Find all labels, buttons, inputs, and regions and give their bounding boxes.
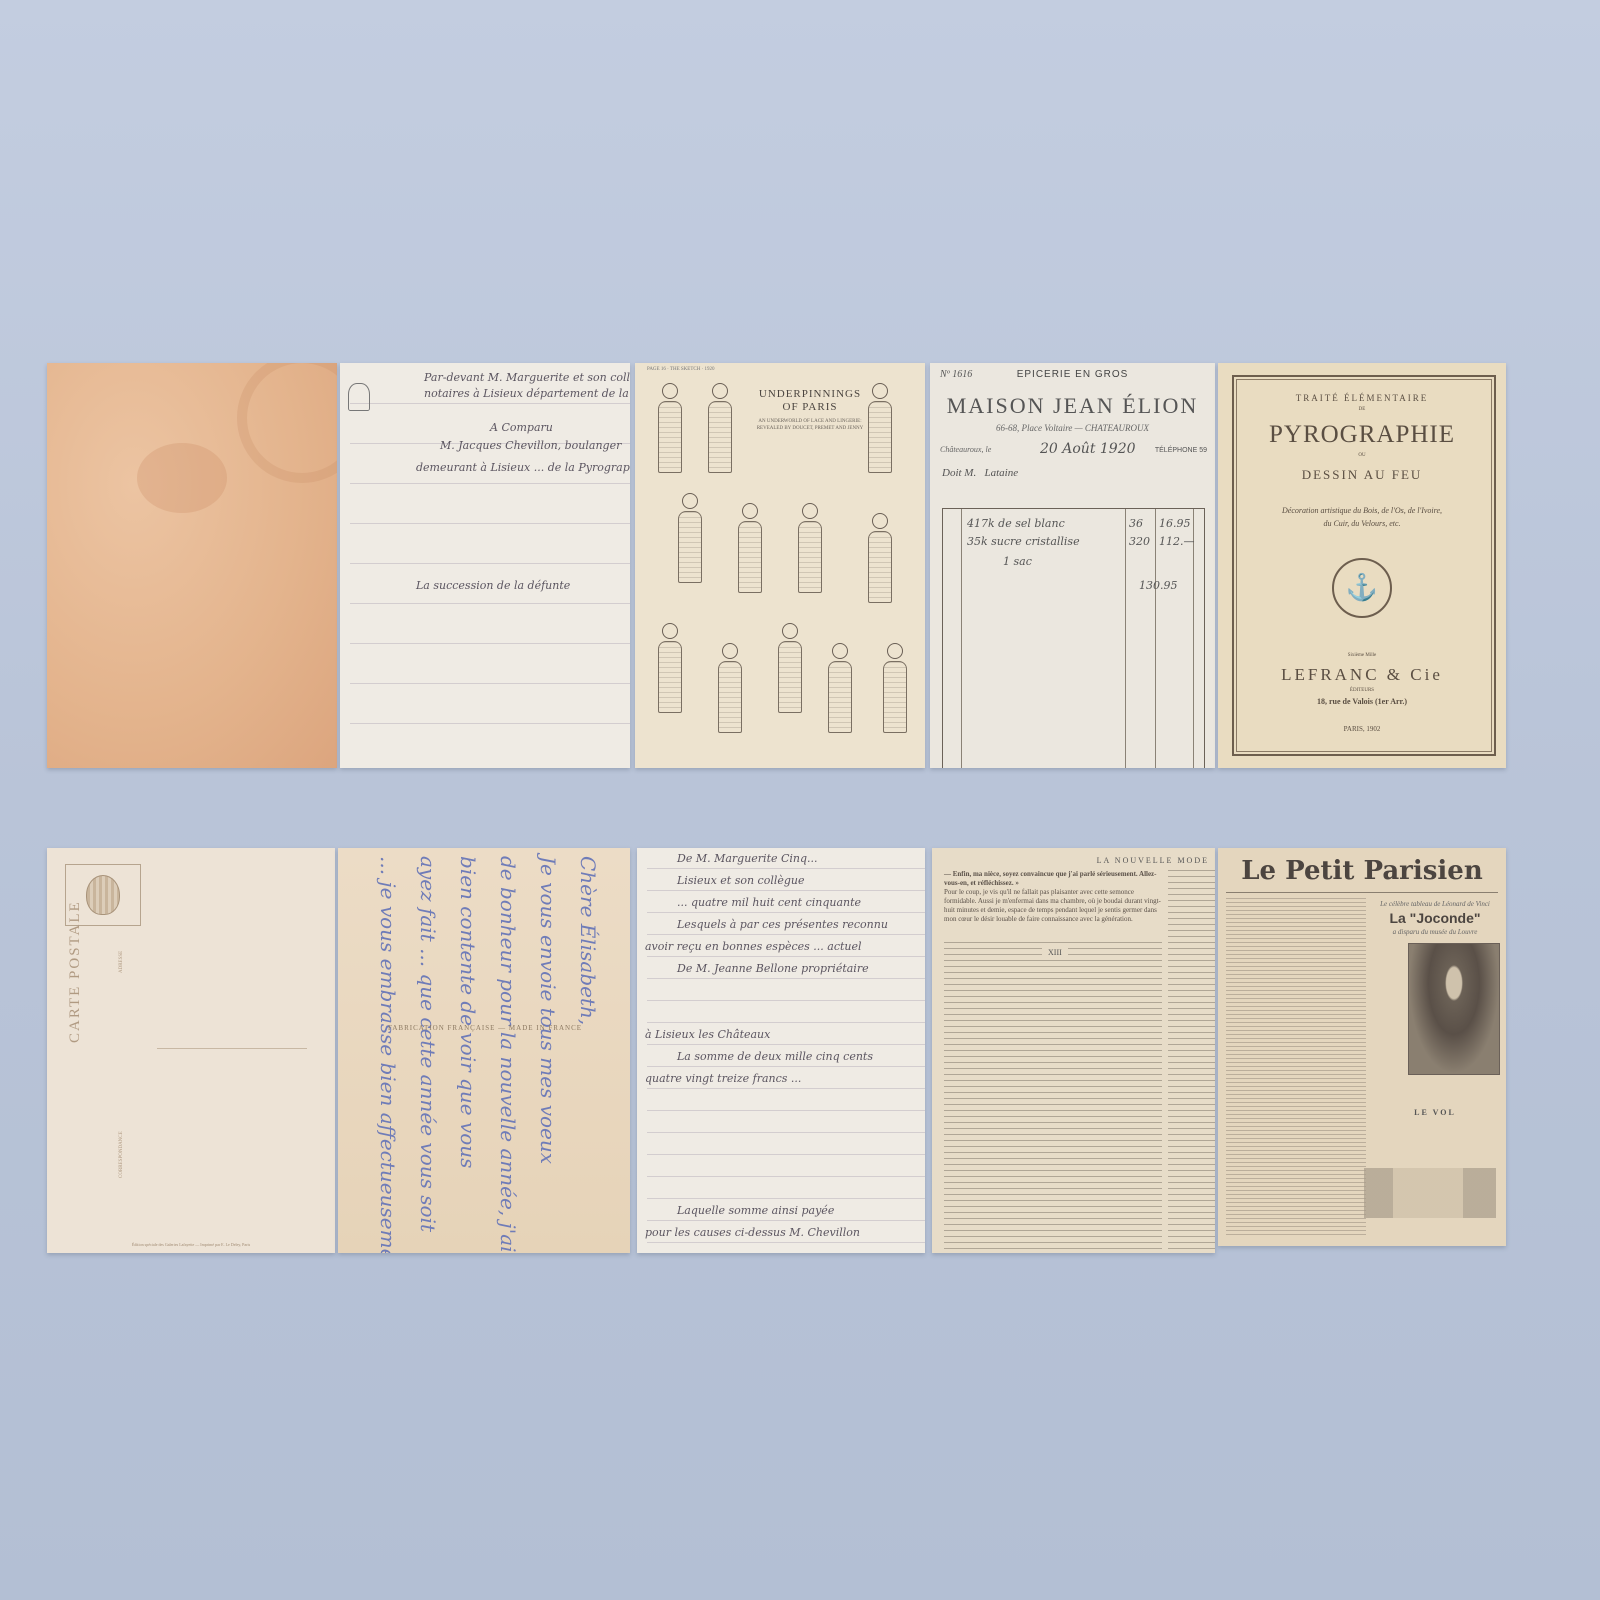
handwritten-deed-card: De M. Marguerite Cinq... Lisieux et son … xyxy=(637,848,925,1253)
anchor-emblem-icon: ⚓ xyxy=(1332,558,1392,618)
notary-seal-icon xyxy=(348,383,370,411)
fashion-figure xyxy=(705,383,735,473)
fashion-illustration-card: PAGE 16 · THE SKETCH · 1920 UNDERPINNING… xyxy=(635,363,925,768)
faded-postmark xyxy=(137,443,227,513)
novel-page-card: LA NOUVELLE MODE — Enfin, ma nièce, soye… xyxy=(932,848,1215,1253)
postcard-back-card: CARTE POSTALE ADRESSE CORRESPONDANCE Édi… xyxy=(47,848,335,1253)
fashion-figure xyxy=(735,503,765,593)
fashion-figure xyxy=(715,643,745,733)
hot-air-balloon-icon xyxy=(86,875,120,915)
fashion-title: UNDERPINNINGSOF PARIS xyxy=(755,388,865,414)
fashion-figure xyxy=(865,513,895,603)
fashion-figure xyxy=(865,383,895,473)
pyrographie-title-card: TRAITÉ ÉLÉMENTAIRE DE PYROGRAPHIE OU DES… xyxy=(1218,363,1506,768)
fashion-figure xyxy=(880,643,910,733)
stained-peach-card xyxy=(47,363,337,768)
newspaper-card: Le Petit Parisien Le célèbre tableau de … xyxy=(1218,848,1506,1246)
text-column xyxy=(1168,870,1215,1249)
fashion-figure xyxy=(675,493,705,583)
blue-ink-letter-card: Chère Élisabeth, Je vous envoie tous mes… xyxy=(338,848,630,1253)
news-photo-strip xyxy=(1364,1168,1496,1218)
business-name: MAISON JEAN ÉLION xyxy=(930,393,1215,419)
mona-lisa-portrait xyxy=(1408,943,1500,1075)
publisher-name: LEFRANC & Cie xyxy=(1218,665,1506,685)
book-title: PYROGRAPHIE xyxy=(1218,421,1506,449)
handwritten-notary-card: Par-devant M. Marguerite et son collègue… xyxy=(340,363,630,768)
invoice-table: 417k de sel blanc 36 16.95 35k sucre cri… xyxy=(942,508,1205,768)
fashion-figure xyxy=(655,383,685,473)
fashion-figure xyxy=(795,503,825,593)
fashion-figure xyxy=(775,623,805,713)
fashion-figure xyxy=(655,623,685,713)
newspaper-masthead: Le Petit Parisien xyxy=(1218,856,1506,886)
fashion-figure xyxy=(825,643,855,733)
address-line xyxy=(157,1048,307,1049)
invoice-card: Nº 1616 EPICERIE EN GROS MAISON JEAN ÉLI… xyxy=(930,363,1215,768)
news-columns xyxy=(1226,898,1366,1238)
doit-line: Doit M. Lataine xyxy=(942,467,1018,479)
faded-seal xyxy=(237,363,337,483)
